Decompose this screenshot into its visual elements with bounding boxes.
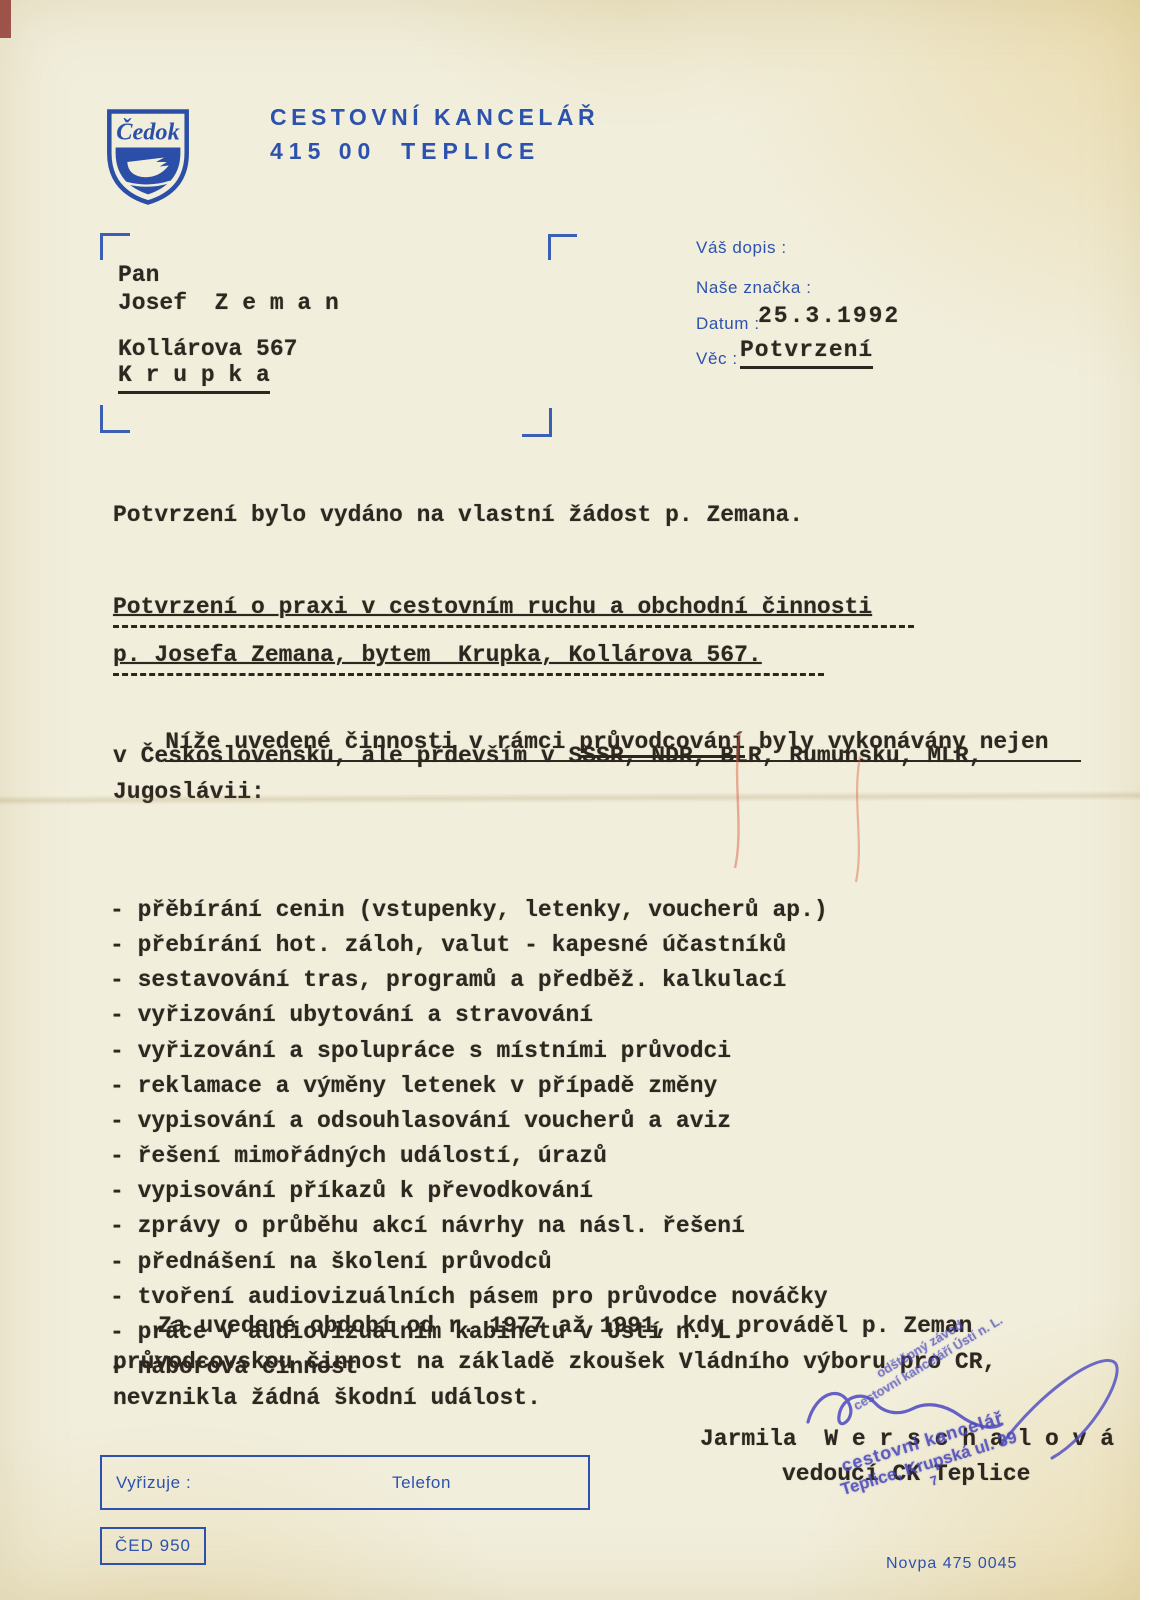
address-window-mark-bl bbox=[100, 405, 103, 433]
recipient-name: Josef Z e m a n bbox=[118, 290, 339, 318]
address-window-mark-br bbox=[522, 434, 552, 437]
activity-item: - přěbírání cenin (vstupenky, letenky, v… bbox=[110, 893, 828, 928]
date-value: 25.3.1992 bbox=[758, 303, 900, 331]
form-code: ČED 950 bbox=[115, 1536, 191, 1556]
subject-heading-line1: Potvrzení o praxi v cestovním ruchu a ob… bbox=[113, 594, 914, 628]
handwritten-signature-ink bbox=[700, 1350, 1149, 1550]
cedok-logo: Čedok bbox=[103, 106, 193, 208]
activity-item: - reklamace a výměny letenek v případě z… bbox=[110, 1069, 828, 1104]
address-window-mark-tl2 bbox=[100, 233, 103, 260]
form-code-box: ČED 950 bbox=[100, 1527, 206, 1565]
company-address: 415 00 TEPLICE bbox=[270, 138, 540, 165]
scanned-letter-page: Čedok CESTOVNÍ KANCELÁŘ 415 00 TEPLICE P… bbox=[0, 0, 1149, 1600]
closing-line1: Za uvedené období od r. 1977 až 1991, kd… bbox=[158, 1313, 972, 1341]
our-ref-label: Naše značka : bbox=[696, 278, 812, 298]
handled-by-label: Vyřizuje : bbox=[116, 1473, 191, 1493]
cedok-shield-icon: Čedok bbox=[103, 106, 193, 208]
address-window-mark-bl2 bbox=[100, 430, 130, 433]
scanner-background-strip bbox=[1140, 0, 1149, 1600]
address-window-mark-tr2 bbox=[548, 234, 551, 260]
date-label: Datum : bbox=[696, 314, 760, 334]
scan-edge-mark bbox=[0, 0, 11, 38]
print-code: Novpa 475 0045 bbox=[886, 1555, 1017, 1573]
activity-item: - přednášení na školení průvodců bbox=[110, 1245, 828, 1280]
company-name: CESTOVNÍ KANCELÁŘ bbox=[270, 104, 599, 131]
your-letter-label: Váš dopis : bbox=[696, 238, 787, 258]
pencil-marks bbox=[718, 718, 888, 898]
activity-item: - vyřizování ubytování a stravování bbox=[110, 998, 828, 1033]
closing-line3: nevznikla žádná škodní událost. bbox=[113, 1385, 541, 1413]
telephone-label: Telefon bbox=[392, 1473, 451, 1493]
address-window-mark-tr bbox=[548, 234, 577, 237]
activity-item: - řešení mimořádných událostí, úrazů bbox=[110, 1139, 828, 1174]
subject-heading-line2: p. Josefa Zemana, bytem Krupka, Kollárov… bbox=[113, 642, 824, 676]
recipient-city: K r u p k a bbox=[118, 362, 270, 394]
recipient-street: Kollárova 567 bbox=[118, 336, 297, 364]
address-window-mark-br2 bbox=[549, 408, 552, 436]
activity-item: - přebírání hot. záloh, valut - kapesné … bbox=[110, 928, 828, 963]
activity-item: - zprávy o průběhu akcí návrhy na násl. … bbox=[110, 1209, 828, 1244]
subject-label: Věc : bbox=[696, 349, 738, 369]
activity-item: - sestavování tras, programů a předběž. … bbox=[110, 963, 828, 998]
handled-by-box: Vyřizuje : Telefon bbox=[100, 1455, 590, 1510]
activity-item: - vypisování příkazů k převodkování bbox=[110, 1174, 828, 1209]
activity-item: - vyřizování a spolupráce s místními prů… bbox=[110, 1034, 828, 1069]
recipient-salutation: Pan bbox=[118, 262, 159, 290]
subject-value: Potvrzení bbox=[740, 337, 873, 369]
activity-item: - tvoření audiovizuálních pásem pro prův… bbox=[110, 1280, 828, 1315]
activity-item: - vypisování a odsouhlasování voucherů a… bbox=[110, 1104, 828, 1139]
logo-wordmark: Čedok bbox=[116, 116, 179, 145]
address-window-mark-tl bbox=[100, 233, 130, 236]
intro-line: Potvrzení bylo vydáno na vlastní žádost … bbox=[113, 502, 803, 530]
